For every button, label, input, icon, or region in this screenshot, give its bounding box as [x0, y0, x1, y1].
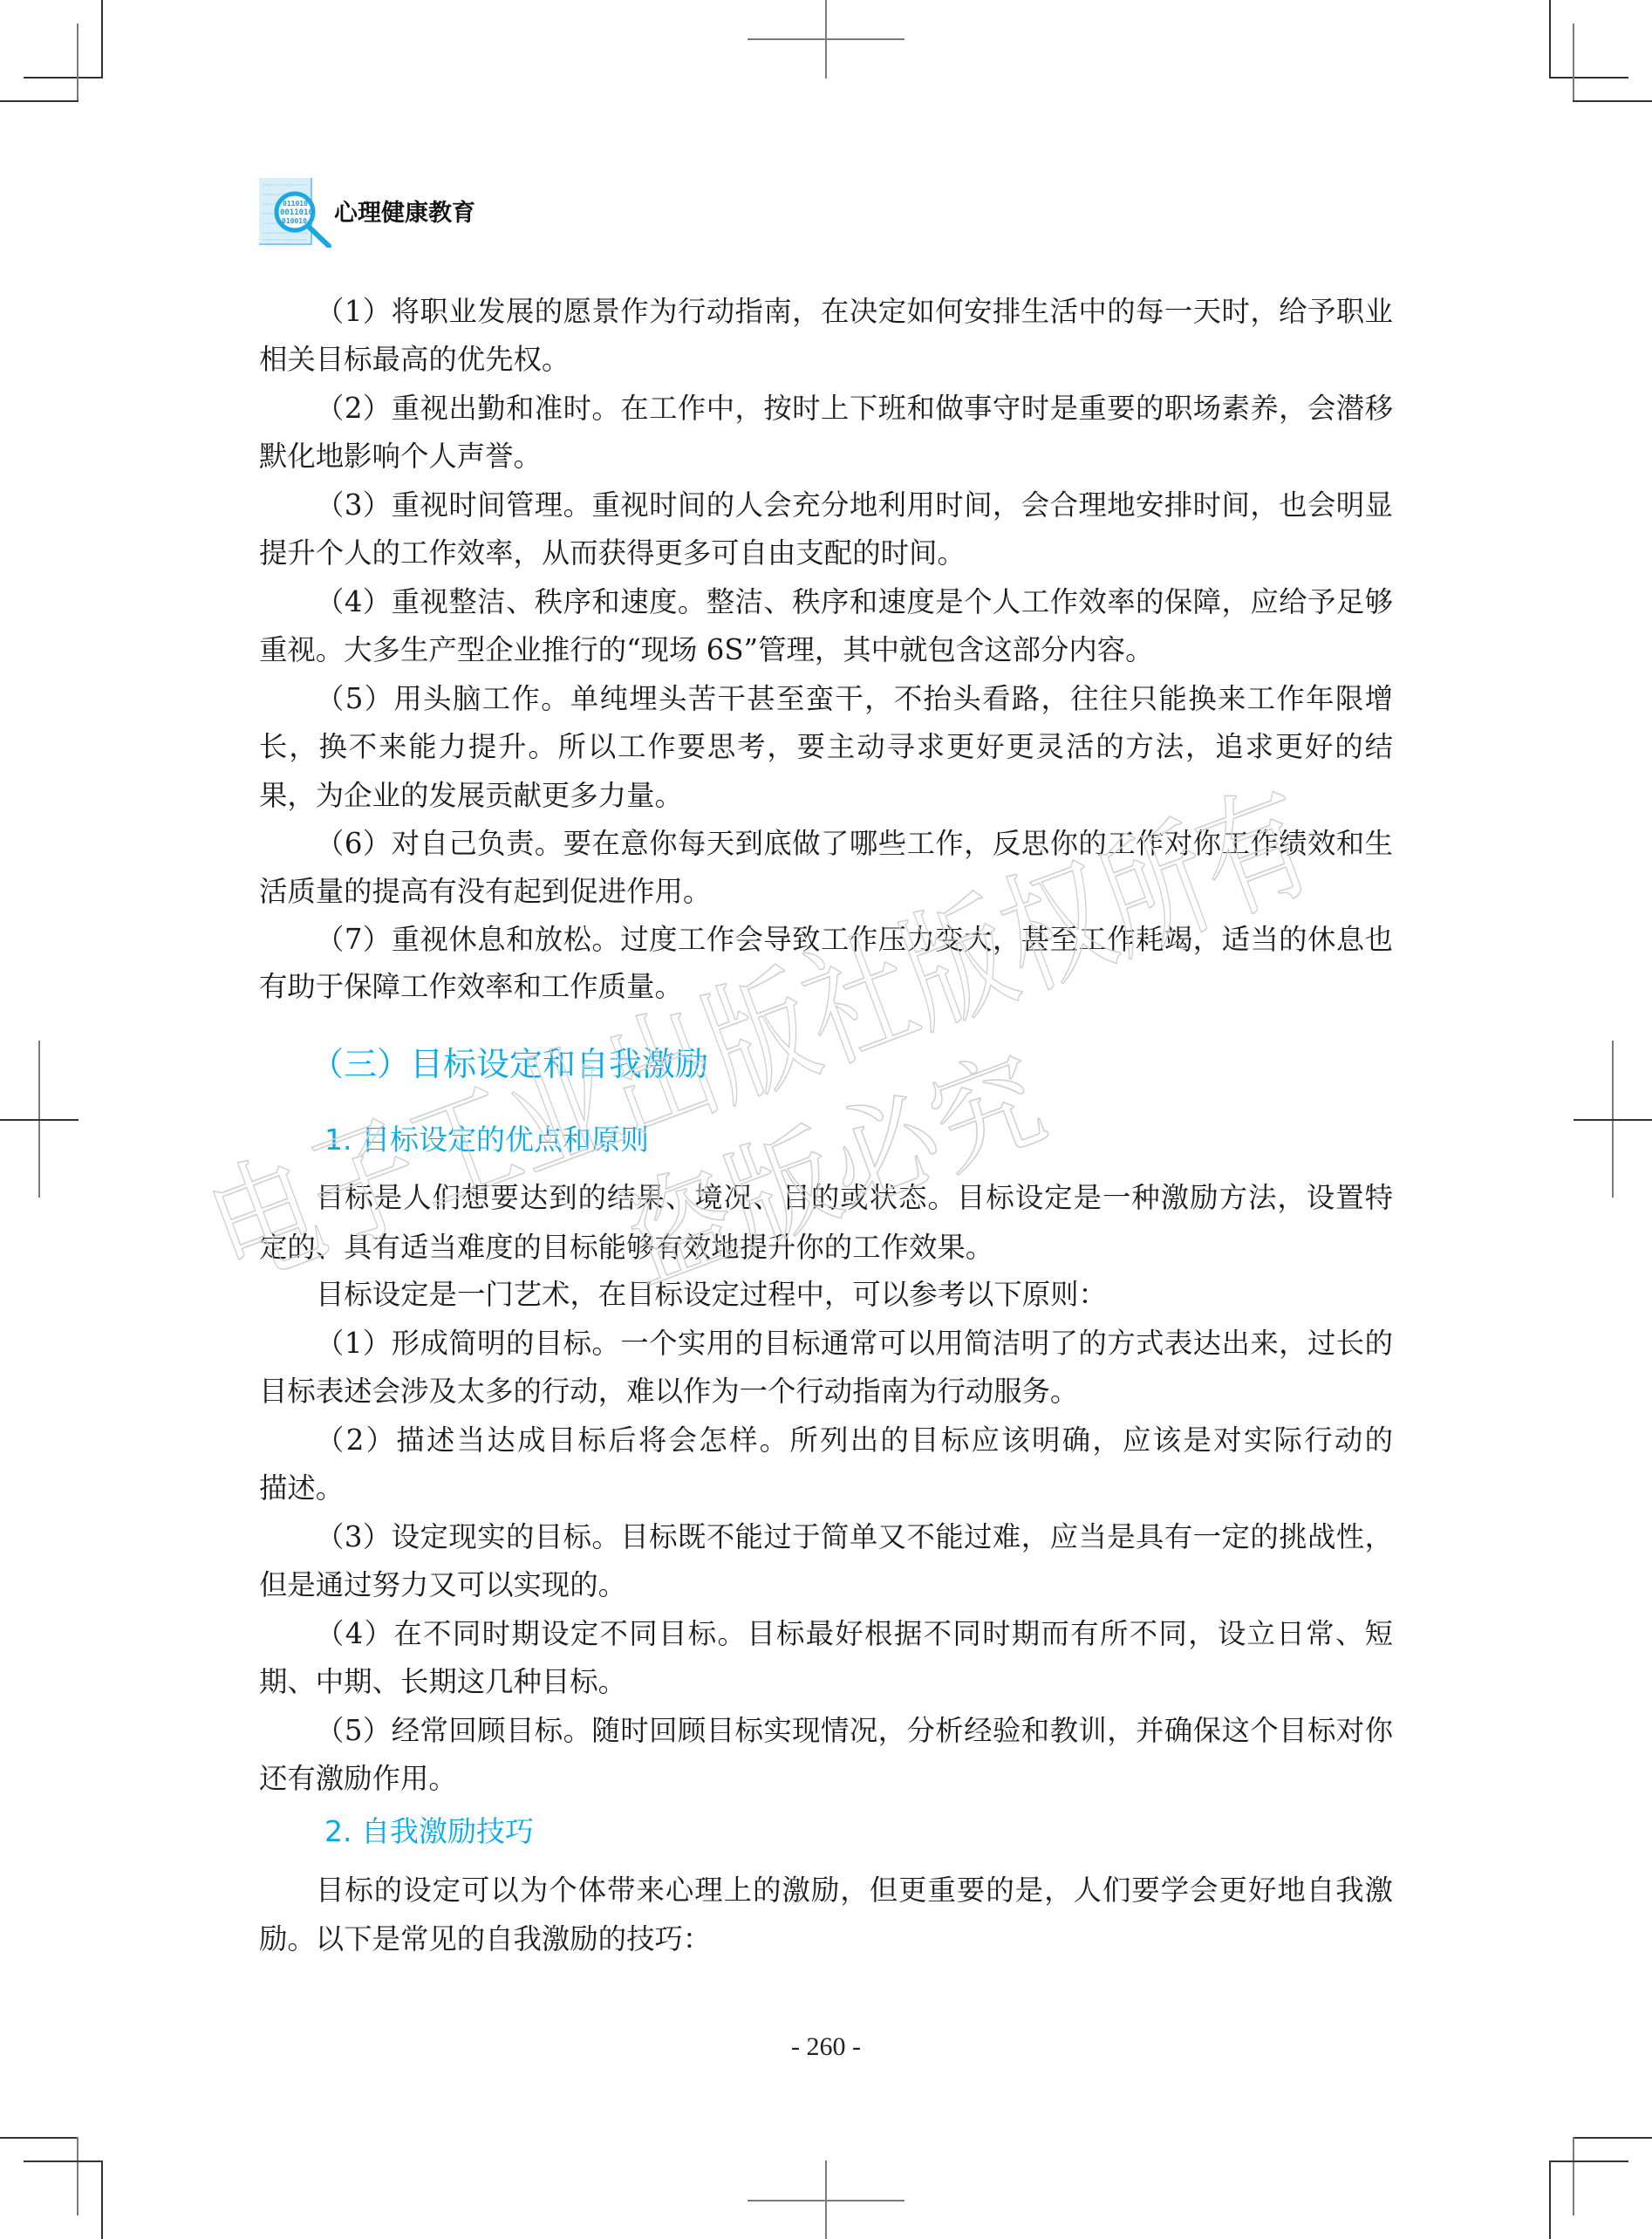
paragraph-line: （4）在不同时期设定不同目标。目标最好根据不同时期而有所不同，设立日常、短 [316, 1616, 1393, 1651]
paragraph-line: 有助于保障工作效率和工作质量。 [259, 969, 1393, 1004]
paragraph-line: 默化地影响个人声誉。 [259, 439, 1393, 474]
magnifier-document-icon: 011010 0011010 010010 [259, 178, 332, 248]
crop-mark [0, 2137, 79, 2139]
subsection-heading-self-motivation: 2. 自我激励技巧 [324, 1812, 534, 1851]
page-number: - 260 - [0, 2032, 1652, 2062]
paragraph-line: （3）设定现实的目标。目标既不能过于简单又不能过难，应当是具有一定的挑战性， [316, 1519, 1393, 1554]
book-title: 心理健康教育 [334, 194, 475, 228]
paragraph-line: 活质量的提高有没有起到促进作用。 [259, 874, 1393, 909]
registration-mark [0, 1119, 79, 1121]
paragraph-line: （7）重视休息和放松。过度工作会导致工作压力变大，甚至工作耗竭，适当的休息也 [316, 922, 1393, 957]
paragraph-line: 目标是人们想要达到的结果、境况、目的或状态。目标设定是一种激励方法，设置特 [316, 1180, 1393, 1215]
paragraph-line: 励。以下是常见的自我激励的技巧： [259, 1922, 1393, 1956]
paragraph-line: （2）重视出勤和准时。在工作中，按时上下班和做事守时是重要的职场素养，会潜移 [316, 391, 1393, 426]
crop-mark [77, 2137, 79, 2215]
paragraph-line: 目标表述会涉及太多的行动，难以作为一个行动指南为行动服务。 [259, 1374, 1393, 1409]
registration-mark [747, 2200, 905, 2201]
crop-mark [1573, 2137, 1574, 2215]
paragraph-line: 重视。大多生产型企业推行的“现场 6S”管理，其中就包含这部分内容。 [259, 632, 1393, 667]
paragraph-line: （2）描述当达成目标后将会怎样。所列出的目标应该明确，应该是对实际行动的 [316, 1423, 1393, 1457]
crop-mark [1549, 2160, 1628, 2162]
paragraph-line: （1）形成简明的目标。一个实用的目标通常可以用简洁明了的方式表达出来，过长的 [316, 1326, 1393, 1361]
crop-mark [1549, 0, 1551, 79]
crop-mark [1573, 2137, 1652, 2139]
crop-mark [24, 2160, 103, 2162]
paragraph-line: （4）重视整洁、秩序和速度。整洁、秩序和速度是个人工作效率的保障，应给予足够 [316, 584, 1393, 619]
crop-mark [101, 2160, 103, 2239]
paragraph-line: （3）重视时间管理。重视时间的人会充分地利用时间，会合理地安排时间，也会明显 [316, 488, 1393, 522]
paragraph-line: 定的、具有适当难度的目标能够有效地提升你的工作效果。 [259, 1230, 1393, 1265]
paragraph-line: （6）对自己负责。要在意你每天到底做了哪些工作，反思你的工作对你工作绩效和生 [316, 826, 1393, 861]
running-header: 011010 0011010 010010 [259, 179, 332, 247]
svg-text:0011010: 0011010 [280, 208, 313, 217]
paragraph-line: 还有激励作用。 [259, 1761, 1393, 1796]
crop-mark [1573, 100, 1652, 102]
crop-mark [101, 0, 103, 79]
paragraph-line: 提升个人的工作效率，从而获得更多可自由支配的时间。 [259, 536, 1393, 570]
paragraph-line: （5）经常回顾目标。随时回顾目标实现情况，分析经验和教训，并确保这个目标对你 [316, 1713, 1393, 1748]
section-heading: （三）目标设定和自我激励 [311, 1043, 708, 1085]
paragraph-line: 果，为企业的发展贡献更多力量。 [259, 778, 1393, 813]
registration-mark [747, 38, 905, 40]
paragraph-line: 目标的设定可以为个体带来心理上的激励，但更重要的是，人们要学会更好地自我激 [316, 1873, 1393, 1908]
crop-mark [24, 77, 103, 79]
paragraph-line: 长，换不来能力提升。所以工作要思考，要主动寻求更好更灵活的方法，追求更好的结 [259, 729, 1393, 764]
paragraph-line: 目标设定是一门艺术，在目标设定过程中，可以参考以下原则： [316, 1277, 1393, 1312]
crop-mark [1549, 2160, 1551, 2239]
crop-mark [0, 100, 79, 102]
svg-text:011010: 011010 [283, 200, 308, 208]
book-page: 011010 0011010 010010 心理健康教育 （1）将职业发展的愿景… [0, 0, 1652, 2239]
paragraph-line: 相关目标最高的优先权。 [259, 342, 1393, 377]
paragraph-line: 描述。 [259, 1471, 1393, 1505]
paragraph-line: 但是通过努力又可以实现的。 [259, 1567, 1393, 1602]
paragraph-line: 期、中期、长期这几种目标。 [259, 1664, 1393, 1699]
svg-text:010010: 010010 [282, 217, 307, 225]
paragraph-line: （1）将职业发展的愿景作为行动指南，在决定如何安排生活中的每一天时，给予职业 [316, 294, 1393, 329]
paragraph-line: （5）用头脑工作。单纯埋头苦干甚至蛮干，不抬头看路，往往只能换来工作年限增 [316, 681, 1393, 716]
subsection-heading-goal-setting: 1. 目标设定的优点和原则 [324, 1121, 649, 1159]
crop-mark [77, 24, 79, 102]
crop-mark [1549, 77, 1628, 79]
registration-mark [1573, 1119, 1652, 1121]
crop-mark [1573, 24, 1574, 102]
